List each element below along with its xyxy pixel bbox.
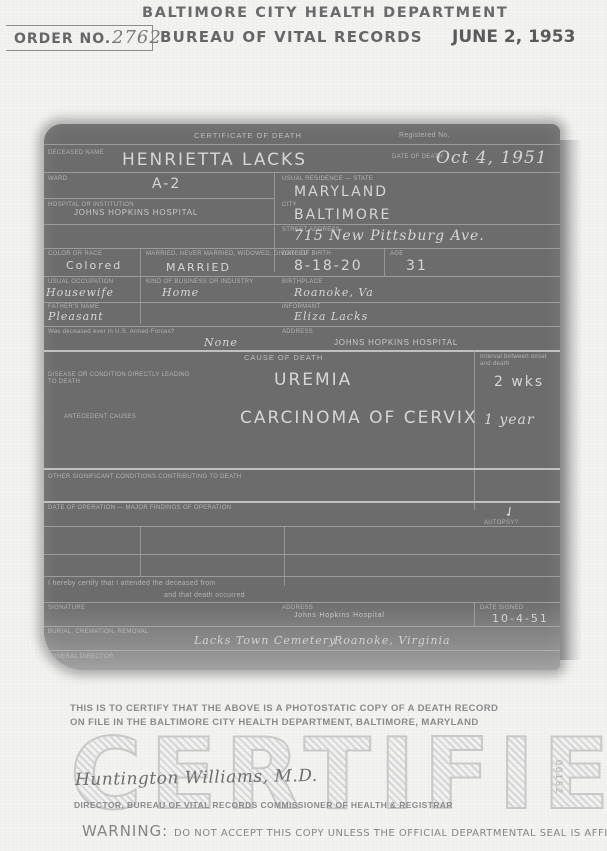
certification-line-2: ON FILE IN THE BALTIMORE CITY HEALTH DEP… bbox=[70, 717, 479, 728]
serial-number: 00152 bbox=[554, 760, 564, 795]
rule bbox=[44, 224, 560, 225]
antecedent-cause: CARCINOMA OF CERVIX bbox=[240, 408, 478, 428]
field-label: Disease or condition directly leading to… bbox=[48, 372, 198, 386]
field-label: Birthplace bbox=[282, 279, 323, 286]
immediate-cause: UREMIA bbox=[274, 370, 352, 390]
issue-date: JUNE 2, 1953 bbox=[452, 27, 575, 47]
order-number: 2762 bbox=[112, 27, 162, 48]
order-number-box: ORDER NO. 2762 bbox=[6, 25, 153, 51]
father-name: Pleasant bbox=[48, 310, 104, 323]
section-rule bbox=[44, 468, 560, 470]
department-heading: BALTIMORE CITY HEALTH DEPARTMENT bbox=[142, 5, 508, 21]
field-label: Other significant conditions contributin… bbox=[48, 474, 242, 481]
field-label: Was deceased ever in U.S. Armed Forces? bbox=[48, 329, 175, 336]
marital-status: MARRIED bbox=[166, 261, 231, 274]
column-divider bbox=[284, 526, 285, 586]
scan-fade bbox=[44, 600, 560, 670]
field-label: Address bbox=[282, 329, 313, 336]
warning-label: WARNING: bbox=[82, 822, 168, 840]
column-divider bbox=[384, 248, 385, 276]
date-of-death: Oct 4, 1951 bbox=[436, 148, 548, 168]
column-divider bbox=[140, 248, 141, 324]
rule bbox=[44, 198, 274, 199]
rule bbox=[44, 248, 560, 249]
column-divider bbox=[140, 526, 141, 576]
industry: Home bbox=[162, 286, 199, 299]
field-label: Usual Occupation bbox=[48, 279, 113, 286]
birth-date: 8-18-20 bbox=[294, 258, 363, 274]
veteran-status: None bbox=[204, 336, 238, 349]
rule bbox=[44, 276, 560, 277]
field-label: Kind of Business or Industry bbox=[146, 279, 254, 286]
color-race: Colored bbox=[66, 259, 122, 272]
immediate-interval: 2 wks bbox=[494, 374, 544, 390]
age: 31 bbox=[406, 258, 428, 274]
warning-text: DO NOT ACCEPT THIS COPY UNLESS THE OFFIC… bbox=[174, 828, 607, 839]
death-occurred-statement: and that death occurred bbox=[164, 592, 245, 599]
order-header-row: ORDER NO. 2762 BUREAU OF VITAL RECORDS J… bbox=[6, 25, 606, 53]
rule bbox=[44, 554, 560, 555]
certification-line-1: THIS IS TO CERTIFY THAT THE ABOVE IS A P… bbox=[70, 703, 498, 714]
certificate-title: CERTIFICATE OF DEATH bbox=[194, 132, 302, 139]
street-address: 715 New Pittsburg Ave. bbox=[294, 228, 485, 244]
field-label: Age bbox=[390, 251, 404, 258]
rule bbox=[44, 326, 560, 327]
signer-title: DIRECTOR, BUREAU OF VITAL RECORDS COMMIS… bbox=[74, 800, 453, 810]
residence-state: MARYLAND bbox=[294, 184, 388, 200]
death-certificate: CERTIFICATE OF DEATH Registered No. Dece… bbox=[44, 124, 560, 670]
rule bbox=[44, 144, 560, 145]
field-label: Deceased Name bbox=[48, 150, 104, 157]
field-label: Date of Birth bbox=[282, 251, 331, 258]
ward: A-2 bbox=[152, 176, 181, 192]
attending-statement: I hereby certify that I attended the dec… bbox=[48, 580, 216, 587]
field-label: Ward bbox=[48, 176, 67, 183]
place-of-death: JOHNS HOPKINS HOSPITAL bbox=[74, 208, 198, 217]
section-rule bbox=[44, 501, 560, 503]
informant-name: Eliza Lacks bbox=[294, 310, 368, 323]
residence-city: BALTIMORE bbox=[294, 207, 391, 223]
birthplace: Roanoke, Va bbox=[294, 286, 374, 299]
field-label: Interval between onset and death bbox=[480, 354, 550, 368]
deceased-name: HENRIETTA LACKS bbox=[122, 150, 307, 170]
occupation: Housewife bbox=[46, 286, 114, 299]
field-label: Color or Race bbox=[48, 251, 102, 258]
rule bbox=[44, 526, 560, 527]
bureau-name: BUREAU OF VITAL RECORDS bbox=[160, 28, 423, 46]
order-label: ORDER NO. bbox=[14, 31, 111, 47]
field-label: Antecedent causes bbox=[64, 414, 136, 421]
field-label: Date of operation — Major findings of op… bbox=[48, 505, 231, 512]
registered-no-label: Registered No. bbox=[399, 132, 450, 139]
rule bbox=[44, 302, 560, 303]
informant-address: JOHNS HOPKINS HOSPITAL bbox=[334, 338, 458, 347]
antecedent-interval: 1 year bbox=[484, 412, 535, 428]
rule bbox=[44, 172, 560, 173]
warning-notice: WARNING: DO NOT ACCEPT THIS COPY UNLESS … bbox=[82, 822, 607, 840]
director-signature: Huntington Williams, M.D. bbox=[75, 766, 318, 790]
section-rule bbox=[44, 350, 560, 352]
cause-of-death-heading: CAUSE OF DEATH bbox=[244, 354, 323, 361]
column-divider bbox=[474, 350, 475, 510]
rule bbox=[44, 576, 560, 577]
field-label: Usual Residence — State bbox=[282, 176, 373, 183]
